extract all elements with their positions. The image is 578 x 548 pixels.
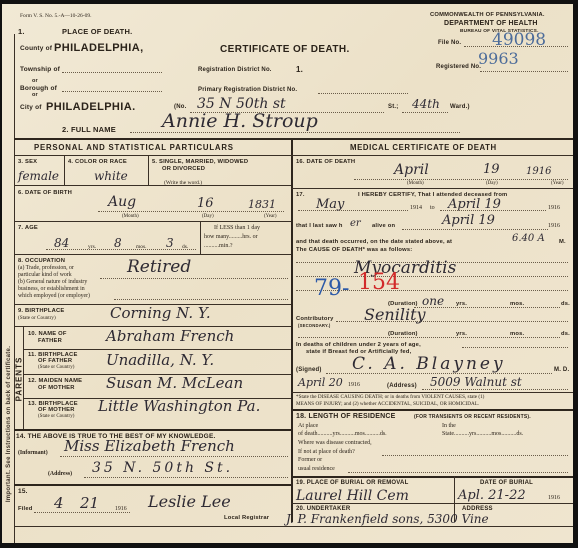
occupation-b3: which employed (or employer) <box>18 293 90 299</box>
sex-label: 3. SEX <box>18 159 37 165</box>
personal-heading: PERSONAL AND STATISTICAL PARTICULARS <box>34 143 234 152</box>
father-name-value: Abraham French <box>106 327 234 345</box>
occupation-a1: (a) Trade, profession, or <box>18 265 74 271</box>
county-value: PHILADELPHIA, <box>54 42 144 54</box>
registered-no-value: 9963 <box>478 49 519 68</box>
children-label-1: In deaths of children under 2 years of a… <box>296 342 421 348</box>
burial-date-value: Apl. 21-22 <box>458 488 526 503</box>
dod-line <box>354 179 568 180</box>
mother-birthplace-label-2: OF MOTHER <box>38 407 75 413</box>
contributory-hint: (SECONDARY.) <box>298 323 331 328</box>
informant-line <box>60 456 288 457</box>
dob-year: 1831 <box>248 198 276 211</box>
attended-to-year: 1916 <box>548 205 560 211</box>
address-line <box>422 389 568 390</box>
file-no-value: 49098 <box>492 30 546 50</box>
residence-label: 18. LENGTH OF RESIDENCE <box>296 413 396 420</box>
contributory-value: Senility <box>364 305 426 324</box>
registration-district-value: 1. <box>296 65 303 74</box>
last-saw-line <box>402 229 548 230</box>
in-the-label: In the <box>442 423 456 429</box>
father-name-label: 10. NAME OF <box>28 331 67 337</box>
occupation-line-b <box>114 299 288 300</box>
at-place-label: At place <box>298 423 318 429</box>
dod-day-hint: (Day) <box>486 181 498 186</box>
row-divider <box>14 429 291 431</box>
race-label: 4. COLOR OR RACE <box>68 159 127 165</box>
row-divider <box>291 476 573 478</box>
attended-from-line <box>298 210 408 211</box>
marital-label-2: OR DIVORCED <box>162 166 205 172</box>
dod-year: 1916 <box>526 166 551 177</box>
borough-line <box>62 91 162 92</box>
full-name-value: Annie H. Stroup <box>162 110 318 132</box>
father-birthplace-value: Unadilla, N. Y. <box>106 351 214 369</box>
father-name-label-2: FATHER <box>38 338 62 344</box>
or-text-1: or <box>32 78 38 84</box>
contributory-label: Contributory <box>296 316 334 322</box>
parents-label: PARENTS <box>12 334 26 424</box>
duration2-line <box>298 337 560 338</box>
ds2-label: ds. <box>561 331 570 337</box>
row-divider <box>14 185 291 186</box>
signed-value: C. A. Blayney <box>352 354 506 374</box>
burial-date-label: DATE OF BURIAL <box>480 480 533 486</box>
row-divider <box>14 221 291 222</box>
mother-birthplace-value: Little Washington Pa. <box>98 397 260 415</box>
city-label: City of <box>20 104 42 111</box>
age-years: 84 <box>54 236 69 250</box>
less-than-day-3: ..........min.? <box>204 243 233 249</box>
full-name-label: 2. FULL NAME <box>62 125 116 134</box>
occupation-line-a <box>100 278 288 279</box>
usual-residence-label: usual residence <box>298 466 335 472</box>
place-of-death-heading: PLACE OF DEATH. <box>62 27 132 36</box>
mother-maiden-label-2: OF MOTHER <box>38 385 75 391</box>
issuer-department: DEPARTMENT OF HEALTH <box>444 20 538 27</box>
row-divider <box>291 503 573 504</box>
death-occurred-label: and that death occurred, on the date sta… <box>296 239 452 245</box>
occupation-a2: particular kind of work <box>18 272 72 278</box>
signed-date: April 20 <box>298 376 343 389</box>
mother-maiden-value: Susan M. McLean <box>106 374 243 392</box>
alive-on-label: alive on <box>372 223 395 229</box>
signed-year: 1916 <box>348 382 360 388</box>
birthplace-value: Corning N. Y. <box>110 304 211 322</box>
burial-label: 19. PLACE OF BURIAL OR REMOVAL <box>296 480 408 486</box>
cell-divider <box>148 155 149 185</box>
ward-value: 44th <box>412 97 440 111</box>
registrar-signature: Leslie Lee <box>148 492 231 511</box>
filed-month: 4 <box>54 494 64 512</box>
signed-label: (Signed) <box>296 367 322 373</box>
section-divider <box>14 138 573 140</box>
not-at-place-line <box>382 455 568 456</box>
or-text-2: or <box>32 92 38 98</box>
dod-month: April <box>394 162 429 178</box>
row-divider <box>291 392 573 393</box>
borough-label: Borough of <box>20 85 57 92</box>
age-days: 3 <box>166 236 174 250</box>
month-hint: (Month) <box>122 214 139 219</box>
father-birthplace-hint: (State or Country) <box>38 365 74 370</box>
address-value: 5009 Walnut st <box>430 375 522 389</box>
dob-line <box>98 211 284 212</box>
death-certificate: Important. See Instructions on back of c… <box>2 4 573 543</box>
marital-label: 5. SINGLE, MARRIED, WIDOWED <box>152 159 248 165</box>
column-divider <box>291 138 293 522</box>
cause-code-red: 154 <box>358 270 400 295</box>
heading-divider <box>14 155 573 156</box>
occupation-label: 8. OCCUPATION <box>18 258 65 264</box>
father-birthplace-label-2: OF FATHER <box>38 358 72 364</box>
filed-year: 1916 <box>115 506 127 512</box>
informant-label: (Informant) <box>18 450 48 456</box>
duration-line <box>414 307 560 308</box>
informant-value: Miss Elizabeth French <box>64 437 235 455</box>
last-saw-label: that I last saw h <box>296 223 343 229</box>
race-value: white <box>94 169 128 183</box>
informant-address-label: (Address) <box>48 471 72 477</box>
less-than-day-2: how many.........hrs. or <box>204 234 258 240</box>
dob-label: 6. DATE OF BIRTH <box>18 190 72 196</box>
township-label: Township of <box>20 66 60 73</box>
cause-code-blue: 79- <box>314 276 349 301</box>
filed-label: Filed <box>18 506 33 512</box>
bottom-rule <box>14 526 573 527</box>
file-no-label: File No. <box>438 40 461 46</box>
issuer-commonwealth: COMMONWEALTH OF PENNSYLVANIA. <box>430 12 545 18</box>
registered-no-line <box>480 71 568 72</box>
cell-divider <box>64 155 65 185</box>
registered-no-label: Registered No. <box>436 64 481 70</box>
age-years-unit: yrs. <box>88 244 96 250</box>
medical-heading: MEDICAL CERTIFICATE OF DEATH <box>350 143 497 152</box>
footnote-1: *State the DISEASE CAUSING DEATH; or in … <box>296 394 484 400</box>
row-divider <box>291 409 573 411</box>
filed-line <box>34 512 130 513</box>
attended-from-year: 1914 <box>410 205 422 211</box>
last-saw-year: 1916 <box>548 223 560 229</box>
not-at-place-label: If not at place of death? <box>298 449 355 455</box>
form-number: Form V. S. No. 5.-A—10-26-09. <box>20 13 91 19</box>
birthplace-hint: (State or Country) <box>18 315 56 321</box>
primary-registration-label: Primary Registration District No. <box>198 87 297 93</box>
sex-value: female <box>18 169 59 183</box>
age-months-unit: mos. <box>136 244 147 250</box>
full-name-line <box>130 132 460 133</box>
of-death-label: of death..........yrs..........mos......… <box>298 431 387 437</box>
ward-line <box>402 112 448 113</box>
filed-section-number: 15. <box>18 488 28 495</box>
cell-divider <box>200 221 201 254</box>
last-saw-date: April 19 <box>442 213 495 228</box>
where-contracted-label: Where was disease contracted, <box>298 440 372 446</box>
township-line <box>62 72 162 73</box>
ward-label: Ward.) <box>450 104 470 110</box>
former-label: Former or <box>298 457 322 463</box>
age-label: 7. AGE <box>18 225 38 231</box>
occupation-value: Retired <box>127 257 191 277</box>
less-than-day-1: If LESS than 1 day <box>214 225 260 231</box>
death-time: 6.40 A <box>512 233 545 244</box>
certificate-title: CERTIFICATE OF DEATH. <box>220 44 350 55</box>
street-label: St.; <box>388 104 398 110</box>
occupation-b1: (b) General nature of industry <box>18 279 87 285</box>
primary-registration-line <box>318 93 408 94</box>
dod-year-hint: (Year) <box>551 181 564 186</box>
ds-label: ds. <box>561 301 570 307</box>
birthplace-label: 9. BIRTHPLACE <box>18 308 64 314</box>
burial-value: Laurel Hill Cem <box>296 488 409 504</box>
county-label: County of <box>20 45 52 52</box>
dob-day: 16 <box>197 196 214 211</box>
day-hint: (Day) <box>202 214 214 219</box>
year-hint: (Year) <box>264 214 277 219</box>
cause-label: The CAUSE OF DEATH* was as follows: <box>296 247 412 253</box>
dob-month: Aug <box>108 194 136 210</box>
children-line <box>462 347 568 348</box>
dod-month-hint: (Month) <box>407 181 424 186</box>
last-saw-pronoun: er <box>350 218 361 229</box>
age-days-unit: ds. <box>182 244 188 250</box>
mother-maiden-label: 12. MAIDEN NAME <box>28 378 82 384</box>
age-months: 8 <box>114 236 122 250</box>
place-of-death-number: 1. <box>18 27 25 36</box>
occupation-b2: business, or establishment in <box>18 286 85 292</box>
to-label: to <box>430 205 435 211</box>
usual-residence-line <box>348 472 568 473</box>
death-time-meridiem: M. <box>559 239 566 245</box>
filed-day: 21 <box>80 494 99 512</box>
dod-day: 19 <box>483 162 500 177</box>
undertaker-value: J. P. Frankenfield sons, 5300 Vine <box>286 512 489 526</box>
registrar-label: Local Registrar <box>224 515 269 521</box>
attended-from: May <box>316 197 344 212</box>
residence-hint: (FOR TRANSIENTS OR RECENT RESIDENTS). <box>414 414 531 420</box>
footnote-2: MEANS OF INJURY; and (2) whether ACCIDEN… <box>296 401 479 407</box>
mother-birthplace-hint: (State or Country) <box>38 414 74 419</box>
dod-label: 16. DATE OF DEATH <box>296 159 355 165</box>
city-value: PHILADELPHIA. <box>46 101 136 113</box>
informant-address-value: 35 N. 50th St. <box>92 460 233 476</box>
address-label: (Address) <box>387 383 417 389</box>
informant-address-line <box>84 477 288 478</box>
md-label: M. D. <box>554 367 569 373</box>
row-divider <box>14 254 291 255</box>
row-divider <box>23 349 291 350</box>
burial-year: 1916 <box>548 495 560 501</box>
certify-number: 17. <box>296 192 305 198</box>
registration-district-label: Registration District No. <box>198 67 272 73</box>
row-divider <box>291 188 573 189</box>
attended-to: April 19 <box>448 197 501 212</box>
row-divider <box>14 484 291 486</box>
state-label: State..........yrs..........mos.........… <box>442 431 523 437</box>
